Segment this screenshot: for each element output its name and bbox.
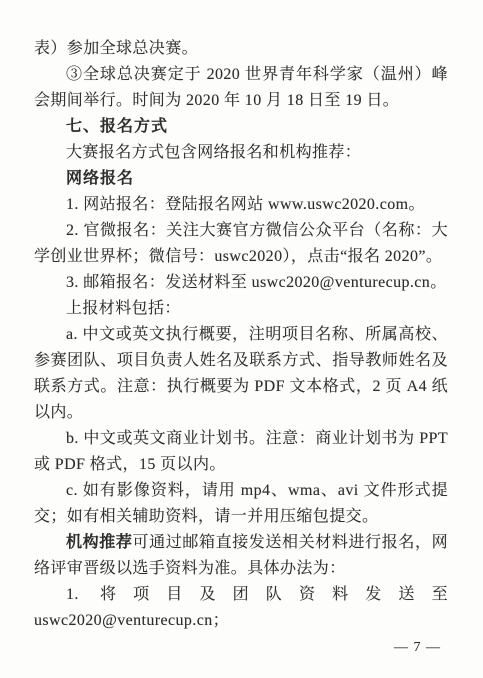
paragraph-wechat-registration: 2. 官微报名：关注大赛官方微信公众平台（名称：大学创业世界杯；微信号：uswc…	[34, 218, 448, 270]
paragraph-materials-intro: 上报材料包括：	[34, 296, 448, 322]
paragraph-website-registration: 1. 网站报名：登陆报名网站 www.uswc2020.com。	[34, 192, 448, 218]
institution-recommendation-bold-prefix: 机构推荐	[66, 534, 132, 551]
paragraph-finals-continuation: 表）参加全球总决赛。	[34, 36, 448, 62]
subheading-online-registration: 网络报名	[34, 166, 448, 192]
paragraph-material-a: a. 中文或英文执行概要，注明项目名称、所属高校、参赛团队、项目负责人姓名及联系…	[34, 322, 448, 426]
section-heading-registration-method: 七、报名方式	[34, 114, 448, 140]
paragraph-registration-intro: 大赛报名方式包含网络报名和机构推荐：	[34, 140, 448, 166]
document-body: 表）参加全球总决赛。 ③全球总决赛定于 2020 世界青年科学家（温州）峰会期间…	[34, 36, 448, 634]
page-number: — 7 —	[394, 640, 441, 656]
paragraph-material-c: c. 如有影像资料，请用 mp4、wma、avi 文件形式提交；如有相关辅助资料…	[34, 478, 448, 530]
paragraph-material-b: b. 中文或英文商业计划书。注意：商业计划书为 PPT 或 PDF 格式，15 …	[34, 426, 448, 478]
paragraph-email-registration: 3. 邮箱报名：发送材料至 uswc2020@venturecup.cn。	[34, 270, 448, 296]
paragraph-step-one-send-materials: 1. 将项目及团队资料发送至 uswc2020@venturecup.cn；	[34, 582, 448, 634]
paragraph-institution-recommendation: 机构推荐可通过邮箱直接发送相关材料进行报名，网络评审晋级以选手资料为准。具体办法…	[34, 530, 448, 582]
document-page: 表）参加全球总决赛。 ③全球总决赛定于 2020 世界青年科学家（温州）峰会期间…	[0, 0, 483, 678]
paragraph-finals-schedule: ③全球总决赛定于 2020 世界青年科学家（温州）峰会期间举行。时间为 2020…	[34, 62, 448, 114]
